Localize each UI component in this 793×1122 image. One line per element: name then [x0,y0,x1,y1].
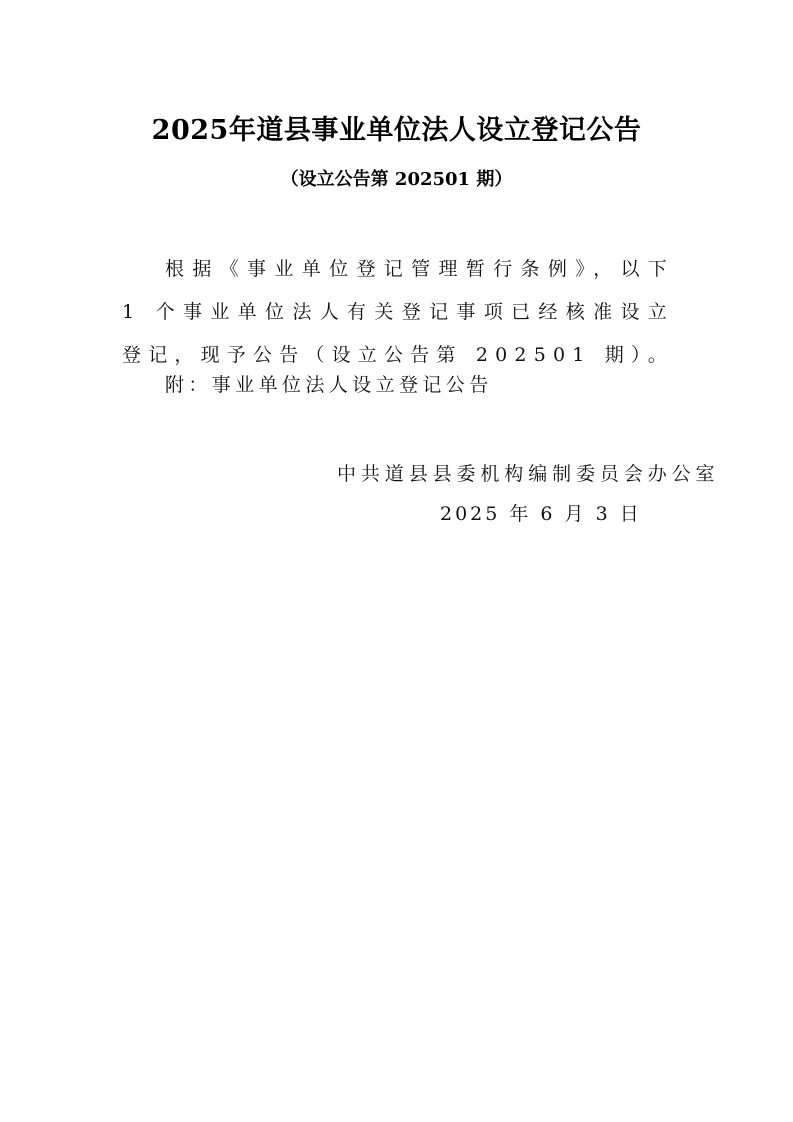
document-title: 2025年道县事业单位法人设立登记公告 [0,108,793,147]
issue-date: 2025 年 6 月 3 日 [440,499,642,526]
issuing-authority: 中共道县县委机构编制委员会办公室 [337,459,719,486]
body-paragraph: 根据《事业单位登记管理暂行条例》，以下 1 个事业单位法人有关登记事项已经核准设… [122,248,674,377]
document-page: 2025年道县事业单位法人设立登记公告 （设立公告第 202501 期） 根据《… [0,0,793,1122]
attachment-note: 附：事业单位法人设立登记公告 [165,370,493,397]
document-subtitle: （设立公告第 202501 期） [0,165,793,191]
